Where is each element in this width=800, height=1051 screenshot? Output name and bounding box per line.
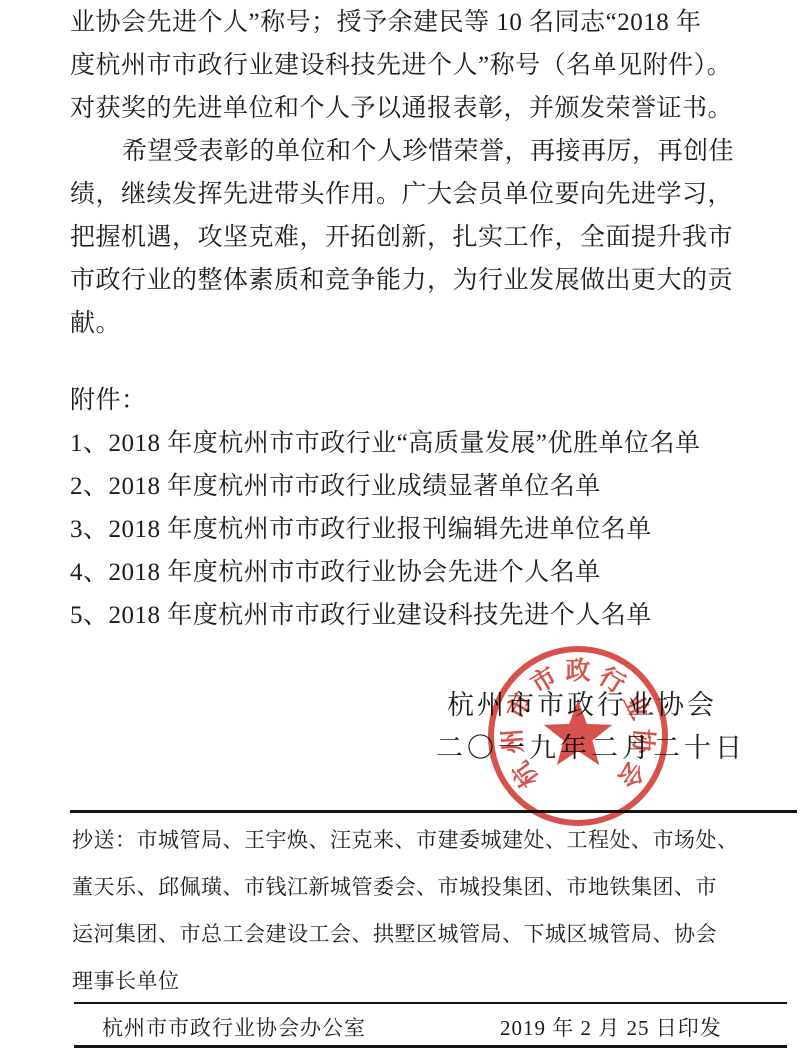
- seal-arc-char: 协: [628, 727, 656, 755]
- body-line: 把握机遇，攻坚克难，开拓创新，扎实工作，全面提升我市: [70, 216, 730, 259]
- official-red-seal-icon: 杭州市市政行业协会: [488, 646, 668, 826]
- footer-print-date: 2019 年 2 月 25 日印发: [500, 1012, 722, 1042]
- attachments-section: 附件： 1、2018 年度杭州市市政行业“高质量发展”优胜单位名单 2、2018…: [70, 379, 750, 637]
- attachment-item: 3、2018 年度杭州市市政行业报刊编辑先进单位名单: [70, 508, 750, 551]
- footer-office-name: 杭州市市政行业协会办公室: [102, 1012, 366, 1042]
- body-line: 对获奖的先进单位和个人予以通报表彰，并颁发荣誉证书。: [70, 87, 730, 130]
- cc-line: 运河集团、市总工会建设工会、拱墅区城管局、下城区城管局、协会: [72, 911, 752, 958]
- body-line: 度杭州市市政行业建设科技先进个人”称号（名单见附件）。: [70, 44, 730, 87]
- footer-top-line: [74, 1002, 787, 1004]
- body-line: 绩，继续发挥先进带头作用。广大会员单位要向先进学习，: [70, 173, 730, 216]
- body-line: 希望受表彰的单位和个人珍惜荣誉，再接再厉，再创佳: [70, 130, 730, 173]
- seal-arc-char: 政: [565, 659, 591, 685]
- attachment-item: 5、2018 年度杭州市市政行业建设科技先进个人名单: [70, 594, 750, 637]
- body-line: 业协会先进个人”称号；授予余建民等 10 名同志“2018 年: [70, 1, 730, 44]
- body-line: 献。: [70, 302, 730, 345]
- cc-line: 董天乐、邱佩璜、市钱江新城管委会、市城投集团、市地铁集团、市: [72, 864, 752, 911]
- attachment-item: 4、2018 年度杭州市市政行业协会先进个人名单: [70, 551, 750, 594]
- cc-separator-line: [70, 810, 797, 813]
- attachments-label: 附件：: [70, 379, 750, 422]
- attachment-item: 2、2018 年度杭州市市政行业成绩显著单位名单: [70, 465, 750, 508]
- footer-bottom-line: [74, 1045, 787, 1048]
- official-document-page: 业协会先进个人”称号；授予余建民等 10 名同志“2018 年 度杭州市市政行业…: [0, 0, 800, 1051]
- document-body: 业协会先进个人”称号；授予余建民等 10 名同志“2018 年 度杭州市市政行业…: [70, 1, 730, 345]
- attachment-item: 1、2018 年度杭州市市政行业“高质量发展”优胜单位名单: [70, 422, 750, 465]
- cc-section: 抄送：市城管局、王宇焕、汪克来、市建委城建处、工程处、市场处、 董天乐、邱佩璜、…: [72, 817, 752, 1005]
- body-line: 市政行业的整体素质和竞争能力，为行业发展做出更大的贡: [70, 259, 730, 302]
- seal-arc-char: 州: [500, 727, 528, 755]
- cc-line: 理事长单位: [72, 958, 752, 1005]
